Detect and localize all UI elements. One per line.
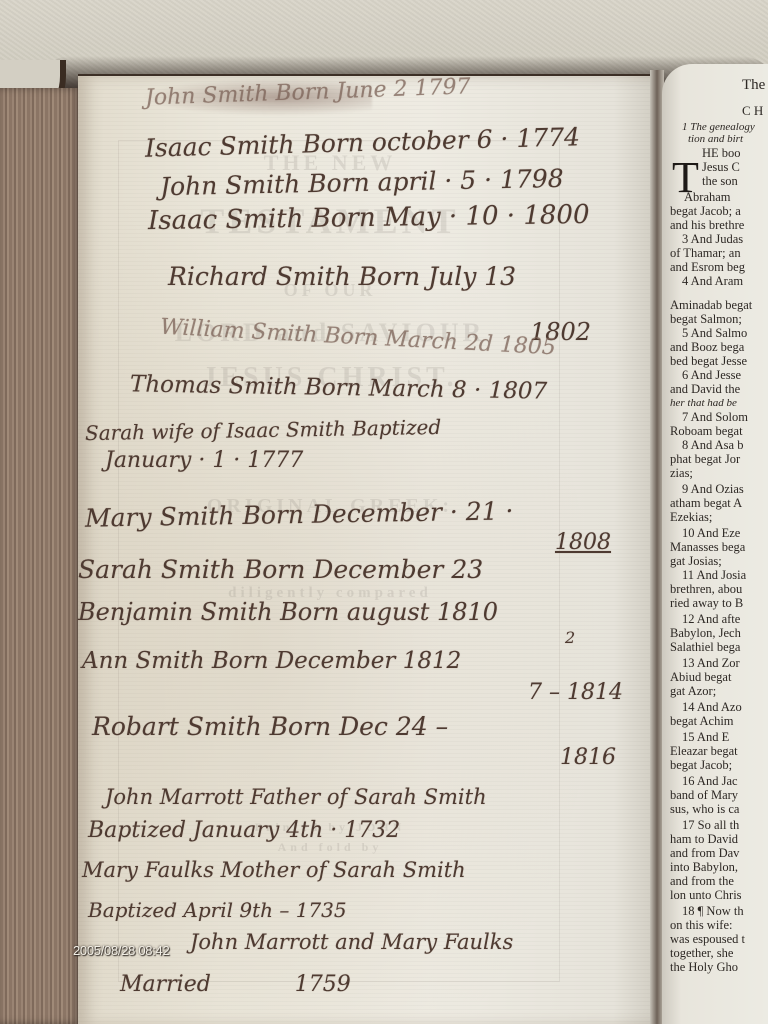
verse-line: 15 And E [682,730,729,744]
verse-line: the Holy Gho [670,960,738,974]
verse-line: and David the [670,382,740,396]
register-line: John Marrott Father of Sarah Smith [105,785,487,809]
verse-line: 7 And Solom [682,410,748,424]
verse-line: on this wife: [670,918,733,932]
register-line: Robart Smith Born Dec 24 – [92,712,448,741]
verse-line: of Thamar; an [670,246,741,260]
verse-line: HE boo [702,146,741,160]
verse-line: gat Azor; [670,684,716,698]
verse-line: her that had be [670,396,737,410]
camera-timestamp: 2005/08/28 08:42 [73,943,169,958]
chapter-heading: C H [742,104,763,118]
verse-line: Abiud begat [670,670,731,684]
register-line: Mary Faulks Mother of Sarah Smith [82,858,466,882]
verse-line: Manasses bega [670,540,745,554]
verse-line: zias; [670,466,693,480]
verse-line: begat Jacob; [670,758,732,772]
verse-line: 13 And Zor [682,656,740,670]
verse-line: atham begat A [670,496,742,510]
chapter-summary: tion and birt [688,132,743,146]
verse-line: 17 So all th [682,818,739,832]
verse-line: 18 ¶ Now th [682,904,744,918]
register-line: Sarah Smith Born December 23 [78,555,483,584]
register-line: Baptized April 9th – 1735 [88,898,347,922]
verse-line: 6 And Jesse [682,368,741,382]
verse-line: bed begat Jesse [670,354,747,368]
verse-line: the son [702,174,738,188]
verse-line: into Babylon, [670,860,738,874]
printed-matthew-page: The C H 1 The genealogy tion and birt T … [662,64,768,1024]
verse-line: and his brethre [670,218,744,232]
register-line: Isaac Smith Born May · 10 · 1800 [148,200,590,236]
verse-line: band of Mary [670,788,738,802]
verse-line: 3 And Judas [682,232,743,246]
register-line: Baptized January 4th · 1732 [88,818,400,843]
verse-line: gat Josias; [670,554,722,568]
verse-line: Abraham [684,190,731,204]
book-fore-edge [0,88,80,1024]
verse-line: 14 And Azo [682,700,742,714]
verse-line: phat begat Jor [670,452,740,466]
verse-line: and Esrom beg [670,260,745,274]
verse-line: lon unto Chris [670,888,742,902]
verse-line: Babylon, Jech [670,626,741,640]
verse-line: and from the [670,874,734,888]
register-line: Richard Smith Born July 13 [168,262,516,291]
verse-line: 5 And Salmo [682,326,747,340]
verse-line: begat Salmon; [670,312,742,326]
verse-line: Jesus C [702,160,740,174]
verse-line: 12 And afte [682,612,740,626]
verse-line: 4 And Aram [682,274,743,288]
verse-line: begat Jacob; a [670,204,741,218]
verse-line: ried away to B [670,596,743,610]
register-line: 1808 [555,530,611,555]
register-line: John Marrott and Mary Faulks [190,930,513,954]
verse-line: 10 And Eze [682,526,740,540]
verse-line: Aminadab begat [670,298,752,312]
verse-line: and from Dav [670,846,739,860]
verse-line: and Booz bega [670,340,744,354]
register-line: 7 – 1814 [528,680,623,705]
register-line: 2 [565,628,575,647]
verse-line: Eleazar begat [670,744,738,758]
verse-line: 9 And Ozias [682,482,744,496]
verse-line: brethren, abou [670,582,742,596]
register-line: Ann Smith Born December 1812 [82,648,461,674]
verse-line: 8 And Asa b [682,438,743,452]
verse-line: was espoused t [670,932,745,946]
verse-line: 16 And Jac [682,774,738,788]
verse-line: sus, who is ca [670,802,739,816]
register-line: 1816 [560,745,616,770]
verse-line: ham to David [670,832,738,846]
register-line: Benjamin Smith Born august 1810 [78,598,498,626]
verse-line: 11 And Josia [682,568,746,582]
verse-line: Ezekias; [670,510,712,524]
verse-line: together, she [670,946,733,960]
register-line: January · 1 · 1777 [105,448,303,473]
verse-line: Roboam begat [670,424,743,438]
page-header: The [742,78,765,92]
verse-line: begat Achim [670,714,734,728]
register-line: Married 1759 [120,972,351,997]
verse-line: Salathiel bega [670,640,740,654]
